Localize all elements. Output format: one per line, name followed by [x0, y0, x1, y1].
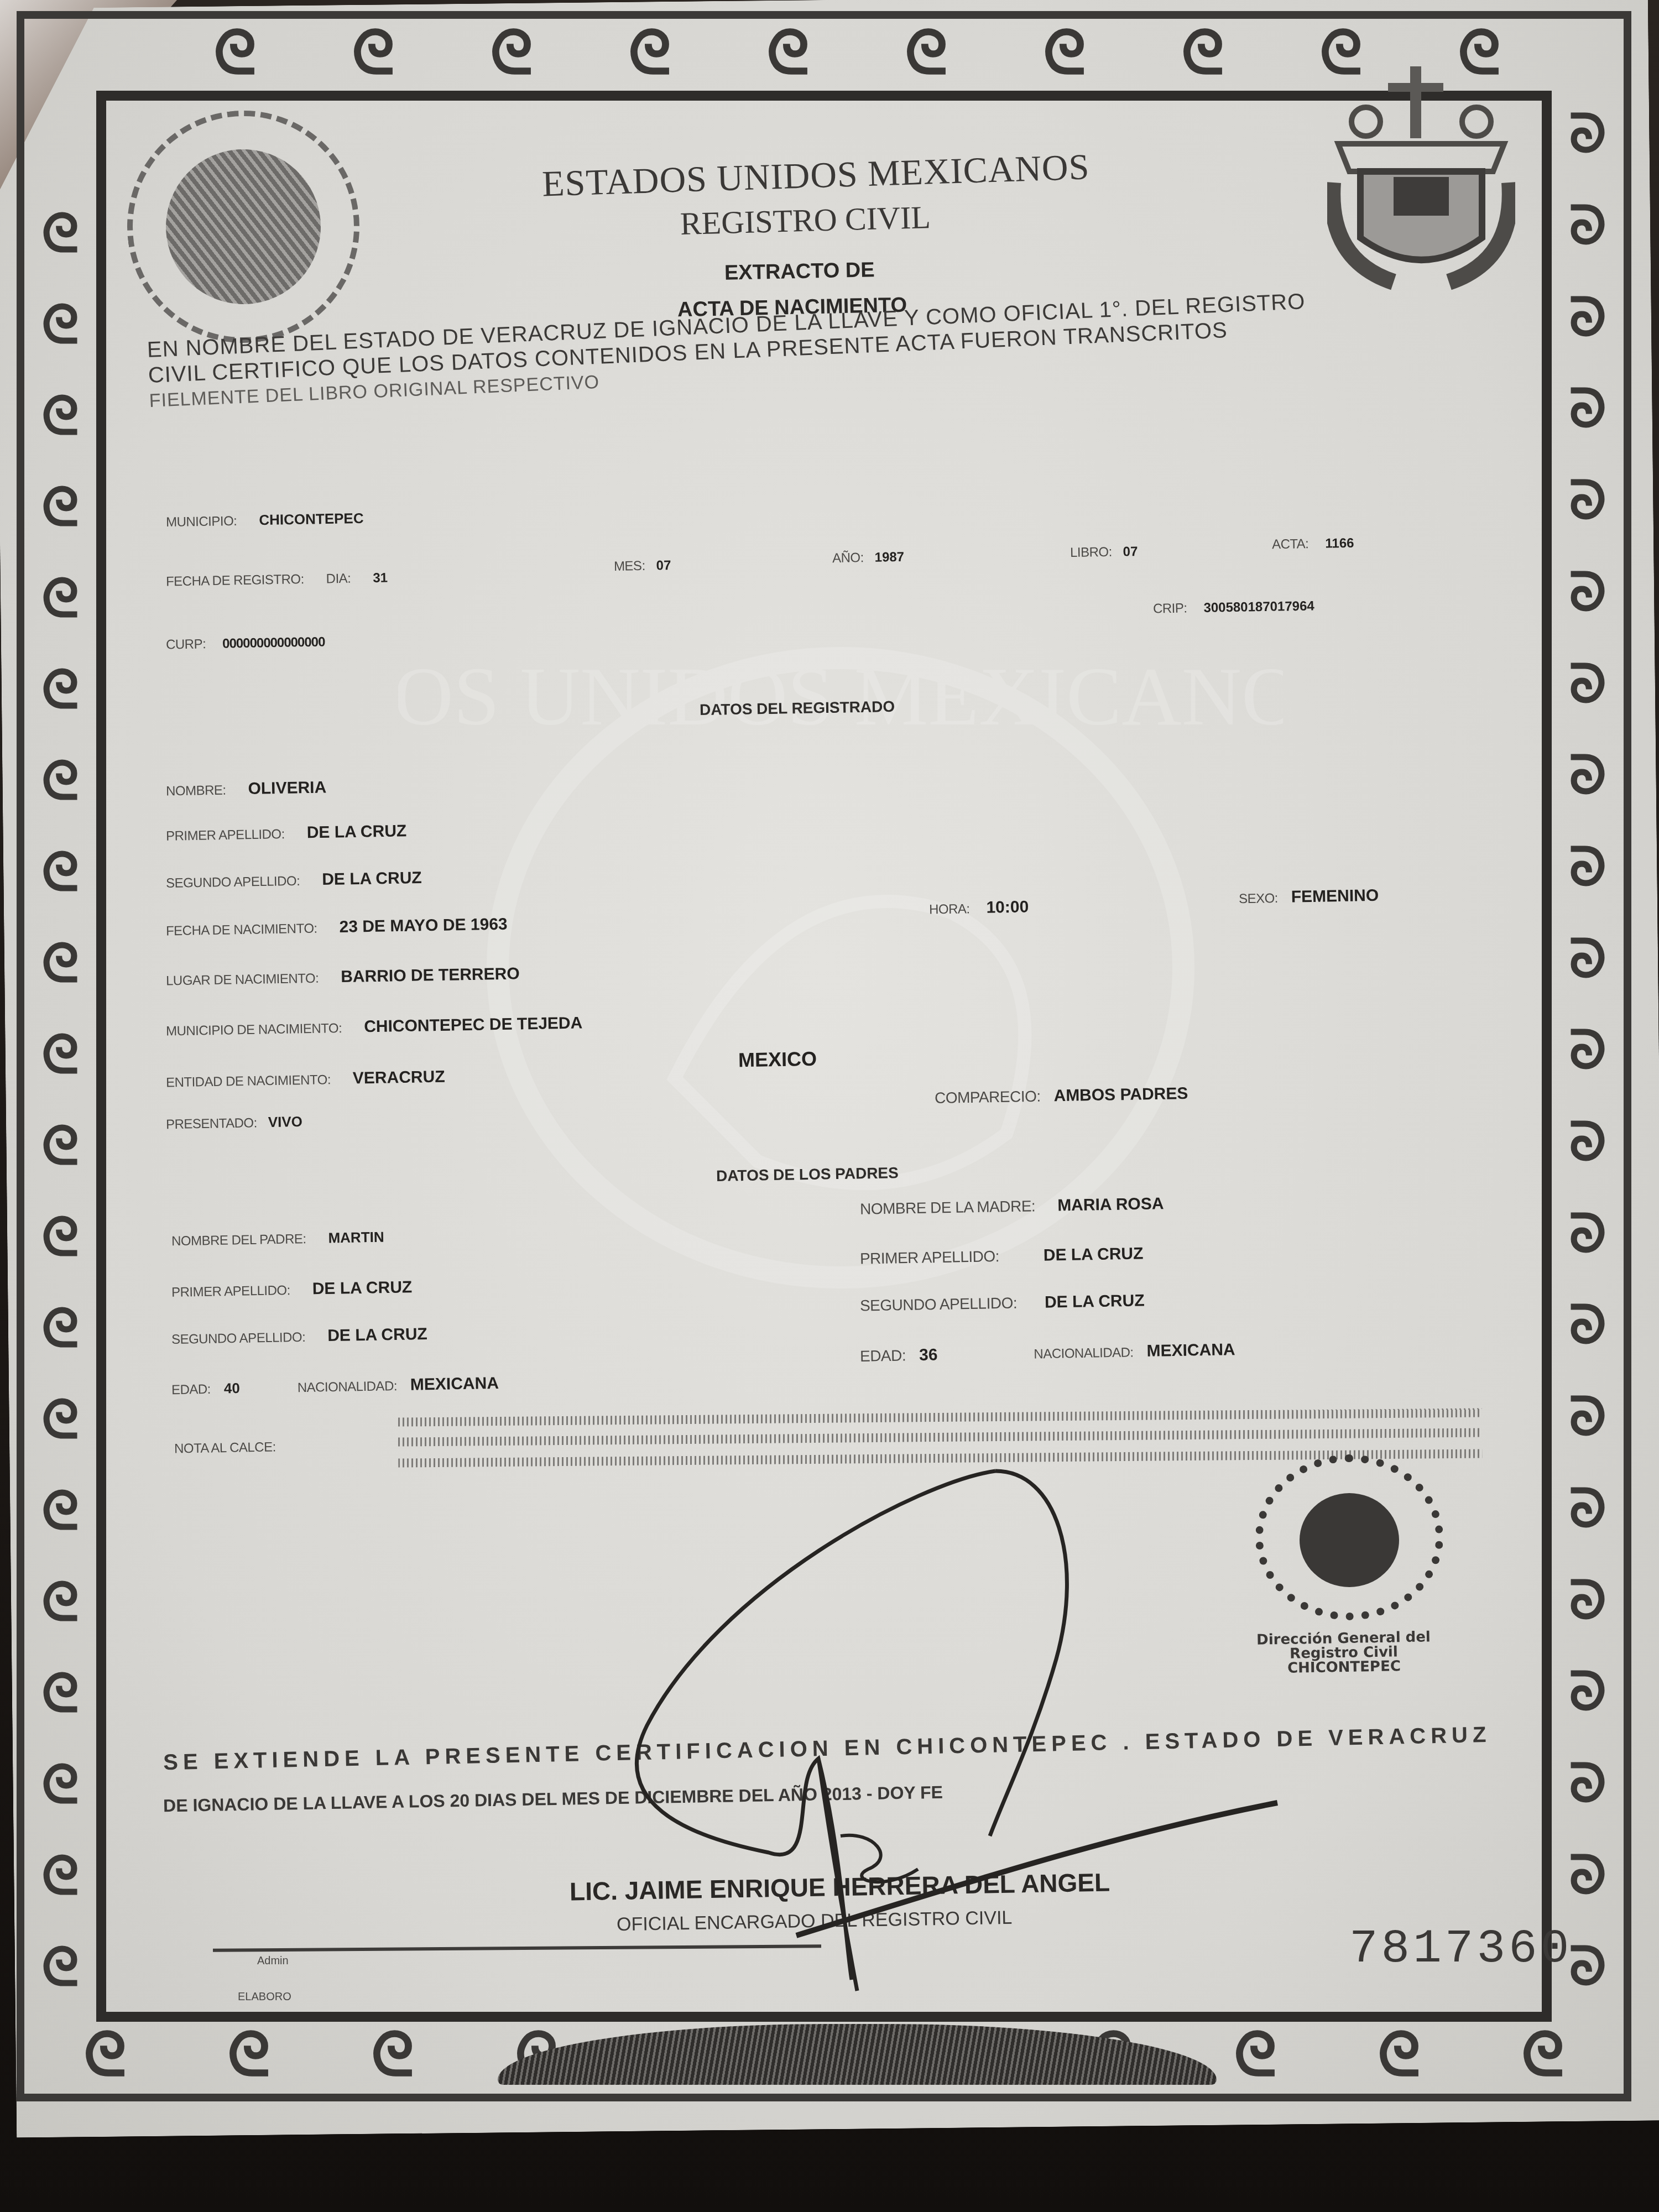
madre-nombre-value: MARIA ROSA	[1057, 1194, 1164, 1215]
mes-label: MES:	[614, 559, 645, 575]
padre-nacionalidad-value: MEXICANA	[410, 1374, 499, 1395]
entidad-nacimiento-label: ENTIDAD DE NACIMIENTO:	[166, 1072, 331, 1091]
nombre-label: NOMBRE:	[166, 783, 226, 800]
segundo-apellido-label: SEGUNDO APELLIDO:	[166, 874, 300, 891]
libro-label: LIBRO:	[1070, 545, 1112, 561]
fecha-nacimiento-label: FECHA DE NACIMIENTO:	[166, 921, 317, 940]
padres-section-title: DATOS DE LOS PADRES	[716, 1164, 899, 1185]
pais-nacimiento-value: MEXICO	[738, 1047, 817, 1072]
nombre-value: OLIVERIA	[248, 778, 326, 798]
certification-line-2: DE IGNACIO DE LA LLAVE A LOS 20 DIAS DEL…	[163, 1782, 943, 1817]
madre-nacionalidad-label: NACIONALIDAD:	[1034, 1345, 1134, 1362]
madre-nacionalidad-value: MEXICANA	[1146, 1340, 1235, 1361]
comparecio-row: COMPARECIO: AMBOS PADRES	[935, 1084, 1188, 1108]
curp-value: 000000000000000	[222, 634, 325, 651]
folio-number: 7817360	[1349, 1922, 1572, 1976]
lugar-nacimiento-row: LUGAR DE NACIMIENTO: BARRIO DE TERRERO	[166, 964, 520, 989]
padre-segundo-apellido-row: SEGUNDO APELLIDO: DE LA CRUZ	[171, 1325, 427, 1348]
acta-field: ACTA: 1166	[1272, 536, 1354, 553]
crip-label: CRIP:	[1153, 601, 1187, 617]
acta-value: 1166	[1325, 536, 1354, 552]
sexo-label: SEXO:	[1239, 891, 1278, 907]
stamp-text: Dirección General del Registro Civil CHI…	[1205, 1629, 1482, 1677]
certification-line-1: SE EXTIENDE LA PRESENTE CERTIFICACION EN…	[163, 1723, 1491, 1775]
padre-edad-label: EDAD:	[171, 1382, 211, 1398]
madre-segundo-apellido-row: SEGUNDO APELLIDO: DE LA CRUZ	[860, 1292, 1145, 1316]
municipio-nacimiento-row: MUNICIPIO DE NACIMIENTO: CHICONTEPEC DE …	[166, 1014, 583, 1040]
crip-value: 300580187017964	[1203, 598, 1314, 615]
lugar-nacimiento-label: LUGAR DE NACIMIENTO:	[166, 971, 319, 989]
primer-apellido-row: PRIMER APELLIDO: DE LA CRUZ	[166, 822, 407, 845]
crip-row: CRIP: 300580187017964	[1153, 598, 1314, 617]
document-content: DOS UNIDOS MEXICANOS ESTADOS UNIDOS MEXI…	[0, 0, 1659, 2212]
anio-value: 1987	[874, 550, 904, 566]
hora-field: HORA: 10:00	[929, 898, 1029, 918]
primer-apellido-value: DE LA CRUZ	[306, 822, 406, 842]
agency-title: REGISTRO CIVIL	[680, 199, 931, 242]
padre-primer-apellido-value: DE LA CRUZ	[312, 1278, 412, 1298]
anio-label: AÑO:	[832, 550, 864, 566]
padre-edad-value: 40	[224, 1380, 240, 1397]
hora-value: 10:00	[986, 898, 1029, 917]
admin-label: Admin	[257, 1955, 289, 1968]
municipio-value: CHICONTEPEC	[259, 510, 364, 529]
padre-nombre-row: NOMBRE DEL PADRE: MARTIN	[171, 1229, 384, 1250]
segundo-apellido-row: SEGUNDO APELLIDO: DE LA CRUZ	[166, 869, 422, 892]
mexican-coat-of-arms-seal-icon	[112, 96, 374, 358]
dia-value: 31	[373, 571, 388, 586]
madre-segundo-apellido-value: DE LA CRUZ	[1045, 1292, 1145, 1312]
lugar-nacimiento-value: BARRIO DE TERRERO	[341, 964, 520, 987]
eagle-watermark-icon: DOS UNIDOS MEXICANOS	[398, 581, 1283, 1355]
padre-primer-apellido-label: PRIMER APELLIDO:	[171, 1283, 290, 1301]
municipio-label: MUNICIPIO:	[166, 514, 237, 530]
presentado-value: VIVO	[268, 1113, 302, 1131]
registro-civil-stamp-icon	[1239, 1454, 1460, 1620]
doc-type-line1: EXTRACTO DE	[724, 258, 875, 285]
padre-edad-row: EDAD: 40 NACIONALIDAD: MEXICANA	[171, 1374, 499, 1399]
municipio-nacimiento-label: MUNICIPIO DE NACIMIENTO:	[166, 1021, 342, 1040]
hora-label: HORA:	[929, 901, 970, 917]
padre-nombre-label: NOMBRE DEL PADRE:	[171, 1232, 306, 1249]
libro-value: 07	[1123, 544, 1138, 560]
acta-label: ACTA:	[1272, 536, 1309, 552]
padre-segundo-apellido-label: SEGUNDO APELLIDO:	[171, 1330, 306, 1348]
fecha-nacimiento-value: 23 DE MAYO DE 1963	[339, 915, 508, 937]
presentado-row: PRESENTADO: VIVO	[166, 1113, 302, 1133]
madre-primer-apellido-row: PRIMER APELLIDO: DE LA CRUZ	[860, 1245, 1144, 1269]
signature-line	[213, 1944, 821, 1952]
nombre-row: NOMBRE: OLIVERIA	[166, 778, 327, 800]
padre-primer-apellido-row: PRIMER APELLIDO: DE LA CRUZ	[171, 1278, 413, 1301]
presentado-label: PRESENTADO:	[166, 1115, 257, 1133]
madre-primer-apellido-value: DE LA CRUZ	[1044, 1245, 1144, 1265]
madre-primer-apellido-label: PRIMER APELLIDO:	[860, 1248, 999, 1267]
curp-label: CURP:	[166, 637, 206, 653]
dia-label: DIA:	[326, 571, 351, 587]
official-name: LIC. JAIME ENRIQUE HERRERA DEL ANGEL	[570, 1867, 1110, 1906]
primer-apellido-label: PRIMER APELLIDO:	[166, 827, 285, 844]
padre-nombre-value: MARTIN	[328, 1229, 384, 1247]
madre-nombre-row: NOMBRE DE LA MADRE: MARIA ROSA	[860, 1194, 1164, 1219]
segundo-apellido-value: DE LA CRUZ	[322, 869, 422, 889]
fecha-registro-label: FECHA DE REGISTRO:	[166, 572, 304, 589]
madre-nombre-label: NOMBRE DE LA MADRE:	[860, 1197, 1036, 1218]
curp-row: CURP: 000000000000000	[166, 634, 325, 653]
sexo-field: SEXO: FEMENINO	[1239, 886, 1379, 907]
elaboro-label: ELABORO	[238, 1991, 291, 2004]
madre-edad-row: EDAD: 36 NACIONALIDAD: MEXICANA	[860, 1340, 1235, 1366]
official-title: OFICIAL ENCARGADO DEL REGISTRO CIVIL	[617, 1907, 1013, 1936]
mes-value: 07	[656, 558, 671, 573]
entidad-nacimiento-value: VERACRUZ	[353, 1068, 445, 1088]
svg-text:DOS UNIDOS MEXICANOS: DOS UNIDOS MEXICANOS	[398, 651, 1283, 743]
mes-field: MES: 07	[614, 558, 671, 575]
madre-segundo-apellido-label: SEGUNDO APELLIDO:	[860, 1295, 1018, 1315]
sexo-value: FEMENINO	[1291, 886, 1379, 907]
fecha-nacimiento-row: FECHA DE NACIMIENTO: 23 DE MAYO DE 1963	[166, 915, 508, 940]
municipio-nacimiento-value: CHICONTEPEC DE TEJEDA	[364, 1014, 583, 1036]
entidad-nacimiento-row: ENTIDAD DE NACIMIENTO: VERACRUZ	[166, 1068, 445, 1092]
fecha-registro-row: FECHA DE REGISTRO: DIA: 31	[166, 571, 388, 590]
municipio-row: MUNICIPIO: CHICONTEPEC	[166, 510, 364, 530]
padre-segundo-apellido-value: DE LA CRUZ	[327, 1325, 427, 1345]
libro-field: LIBRO: 07	[1070, 544, 1138, 561]
country-title: ESTADOS UNIDOS MEXICANOS	[541, 146, 1090, 205]
padre-nacionalidad-label: NACIONALIDAD:	[298, 1379, 398, 1396]
anio-field: AÑO: 1987	[832, 550, 905, 566]
comparecio-label: COMPARECIO:	[935, 1088, 1041, 1107]
registrado-section-title: DATOS DEL REGISTRADO	[700, 698, 895, 719]
comparecio-value: AMBOS PADRES	[1053, 1084, 1188, 1105]
madre-edad-value: 36	[919, 1345, 938, 1365]
nota-calce-label: NOTA AL CALCE:	[174, 1439, 276, 1457]
madre-edad-label: EDAD:	[860, 1347, 906, 1365]
veracruz-coat-of-arms-icon	[1327, 61, 1515, 293]
